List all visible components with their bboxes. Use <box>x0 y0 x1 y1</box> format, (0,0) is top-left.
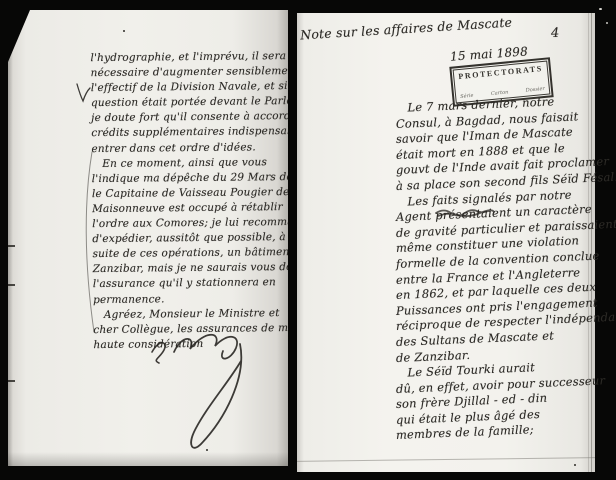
left-page-text: l'hydrographie, et l'imprévu, il seranéc… <box>90 49 288 353</box>
dust-speck <box>574 464 576 466</box>
dust-speck <box>206 449 208 451</box>
scanned-document: { "left_page": { "lines": [ "l'hydrograp… <box>0 0 616 480</box>
handwritten-line: crédits supplémentaires indispensables <box>91 124 288 141</box>
dust-speck <box>606 22 608 24</box>
right-page-text: Le 7 mars dernier, notreConsul, à Bagdad… <box>396 101 588 444</box>
left-page: l'hydrographie, et l'imprévu, il seranéc… <box>8 10 288 466</box>
scan-corner-shadow <box>8 10 30 62</box>
handwritten-line: Dossier <box>526 86 546 94</box>
stamp-title: PROTECTORATS <box>458 64 543 81</box>
dust-speck <box>599 8 602 10</box>
handwritten-line: En ce moment, ainsi que vous <box>92 155 288 172</box>
scan-artifact-tick <box>8 284 15 286</box>
handwritten-line: haute considération <box>93 336 288 353</box>
sheet-edge <box>588 13 589 472</box>
sheet-edge <box>297 457 595 462</box>
scan-artifact-tick <box>8 245 15 247</box>
dust-speck <box>123 30 125 32</box>
page-number: 4 <box>551 26 560 41</box>
sheet-edge <box>591 13 592 472</box>
handwritten-line: l'assurance qu'il y stationnera en <box>93 275 288 292</box>
handwritten-line: cher Collègue, les assurances de ma <box>93 321 288 338</box>
scan-artifact-tick <box>8 380 15 382</box>
handwritten-line: Agréez, Monsieur le Ministre et <box>93 306 288 323</box>
